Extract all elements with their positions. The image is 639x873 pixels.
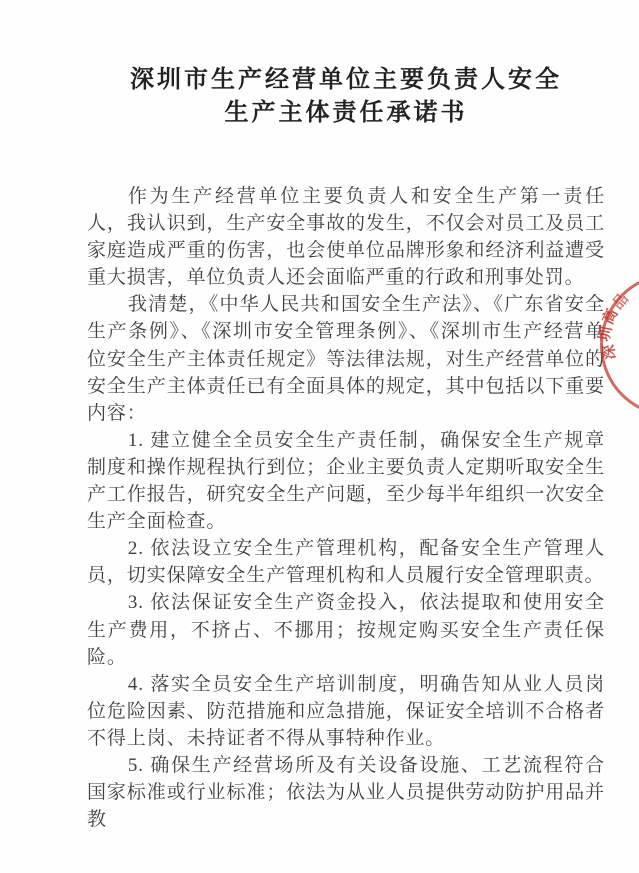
paragraph-item-5: 5. 确保生产经营场所及有关设备设施、工艺流程符合国家标准或行业标准；依法为从业… <box>87 752 605 833</box>
seal-ring <box>600 273 639 417</box>
paragraph-intro: 作为生产经营单位主要负责人和安全生产第一责任人，我认识到，生产安全事故的发生，不… <box>87 183 605 291</box>
document-title: 深圳市生产经营单位主要负责人安全 生产主体责任承诺书 <box>87 64 605 130</box>
title-line-2: 生产主体责任承诺书 <box>87 97 605 130</box>
paragraph-item-3: 3. 依法保证安全生产资金投入，依法提取和使用安全生产费用，不挤占、不挪用；按规… <box>87 589 605 670</box>
paragraph-item-1: 1. 建立健全全员安全生产责任制，确保安全生产规章制度和操作规程执行到位；企业主… <box>87 427 605 535</box>
paragraph-item-4: 4. 落实全员安全生产培训制度，明确告知从业人员岗位危险因素、防范措施和应急措施… <box>87 671 605 752</box>
paragraph-laws: 我清楚，《中华人民共和国安全生产法》、《广东省安全生产条例》、《深圳市安全管理条… <box>87 291 605 426</box>
document-body: 作为生产经营单位主要负责人和安全生产第一责任人，我认识到，生产安全事故的发生，不… <box>87 183 605 833</box>
seal-character: 品 <box>610 291 633 314</box>
title-line-1: 深圳市生产经营单位主要负责人安全 <box>87 64 605 97</box>
paragraph-item-2: 2. 依法设立安全生产管理机构，配备安全生产管理人员，切实保障安全生产管理机构和… <box>87 535 605 589</box>
document-page: 深圳市生产经营单位主要负责人安全 生产主体责任承诺书 作为生产经营单位主要负责人… <box>0 0 639 873</box>
